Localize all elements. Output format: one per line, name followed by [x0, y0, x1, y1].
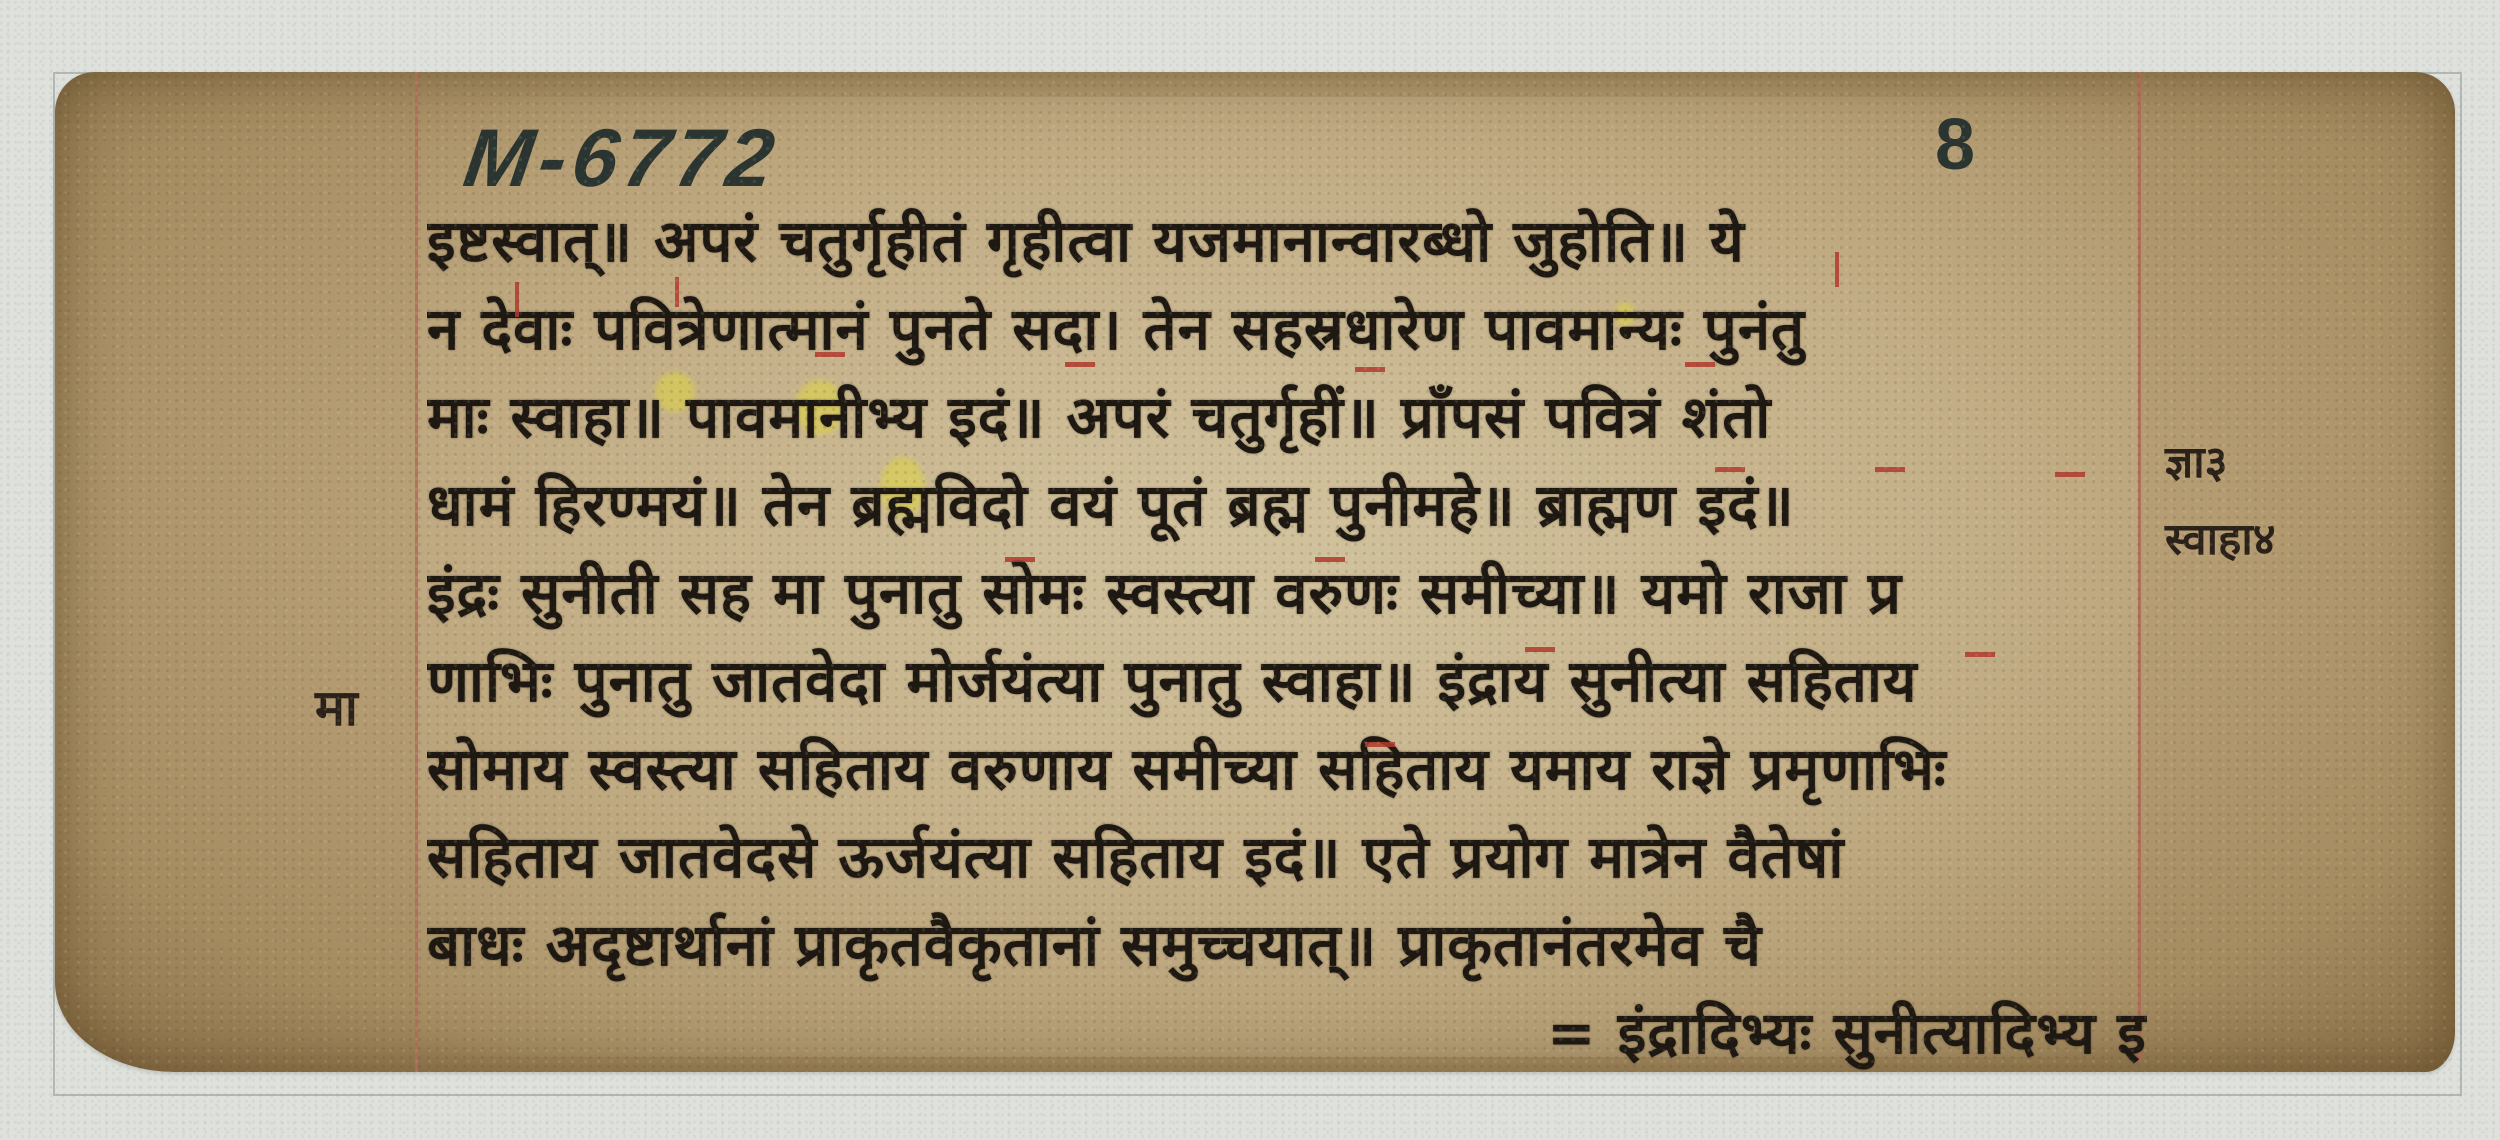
folio-number: 8 — [1935, 104, 1975, 186]
red-rubric-mark — [1315, 557, 1345, 562]
red-rubric-mark — [1065, 362, 1095, 367]
text-line-5: इंद्रः सुनीती सह मा पुनातु सोमः स्वस्त्य… — [427, 549, 2127, 637]
red-rubric-mark — [815, 352, 845, 357]
red-rubric-mark — [1525, 647, 1555, 652]
right-margin-rule — [2138, 72, 2141, 1062]
red-rubric-mark — [515, 282, 519, 317]
text-line-6: णाभिः पुनातु जातवेदा मोर्जयंत्या पुनातु … — [427, 637, 2127, 725]
red-rubric-mark — [1355, 367, 1385, 372]
red-rubric-mark — [1005, 557, 1035, 562]
text-line-1: इष्टस्वात्॥ अपरं चतुर्गृहीतं गृहीत्वा यज… — [427, 197, 2127, 285]
text-line-10: = इंद्रादिभ्यः सुनीत्यादिभ्य इदं॥४ — [427, 989, 2147, 1077]
text-line-7: सोमाय स्वस्त्या सहिताय वरुणाय समीच्या सह… — [427, 725, 2127, 813]
red-rubric-mark — [2055, 472, 2085, 477]
manuscript-leaf: M-6772 8 इष्टस्वात्॥ अपरं चतुर्गृहीतं गृ… — [55, 72, 2455, 1072]
accession-number: M-6772 — [458, 112, 785, 206]
red-rubric-mark — [1715, 467, 1745, 472]
text-line-2: न देवाः पवित्रेणात्मानं पुनते सदा। तेन स… — [427, 285, 2127, 373]
text-lines: इष्टस्वात्॥ अपरं चतुर्गृहीतं गृहीत्वा यज… — [427, 197, 2127, 1077]
red-rubric-mark — [675, 277, 679, 307]
right-marginal-note-2: स्वाहा४ — [2165, 507, 2276, 567]
red-rubric-mark — [1835, 252, 1839, 287]
text-line-9: बाधः अदृष्टार्थानां प्राकृतवैकृतानां समु… — [427, 901, 2127, 989]
red-rubric-mark — [1875, 467, 1905, 472]
left-marginal-note: मा — [315, 672, 358, 740]
text-line-3: माः स्वाहा॥ पावमानीभ्य इदं॥ अपरं चतुर्गृ… — [427, 373, 2127, 461]
left-margin-rule — [415, 72, 418, 1072]
red-rubric-mark — [1685, 362, 1715, 367]
red-rubric-mark — [1965, 652, 1995, 657]
red-rubric-mark — [1365, 742, 1395, 747]
right-marginal-note-1: ज्ञा३ — [2165, 430, 2227, 490]
text-line-4: धामं हिरण्मयं॥ तेन ब्रह्मविदो वयं पूतं ब… — [427, 461, 2127, 549]
text-line-8: सहिताय जातवेदसे ऊर्जयंत्या सहिताय इदं॥ ए… — [427, 813, 2127, 901]
